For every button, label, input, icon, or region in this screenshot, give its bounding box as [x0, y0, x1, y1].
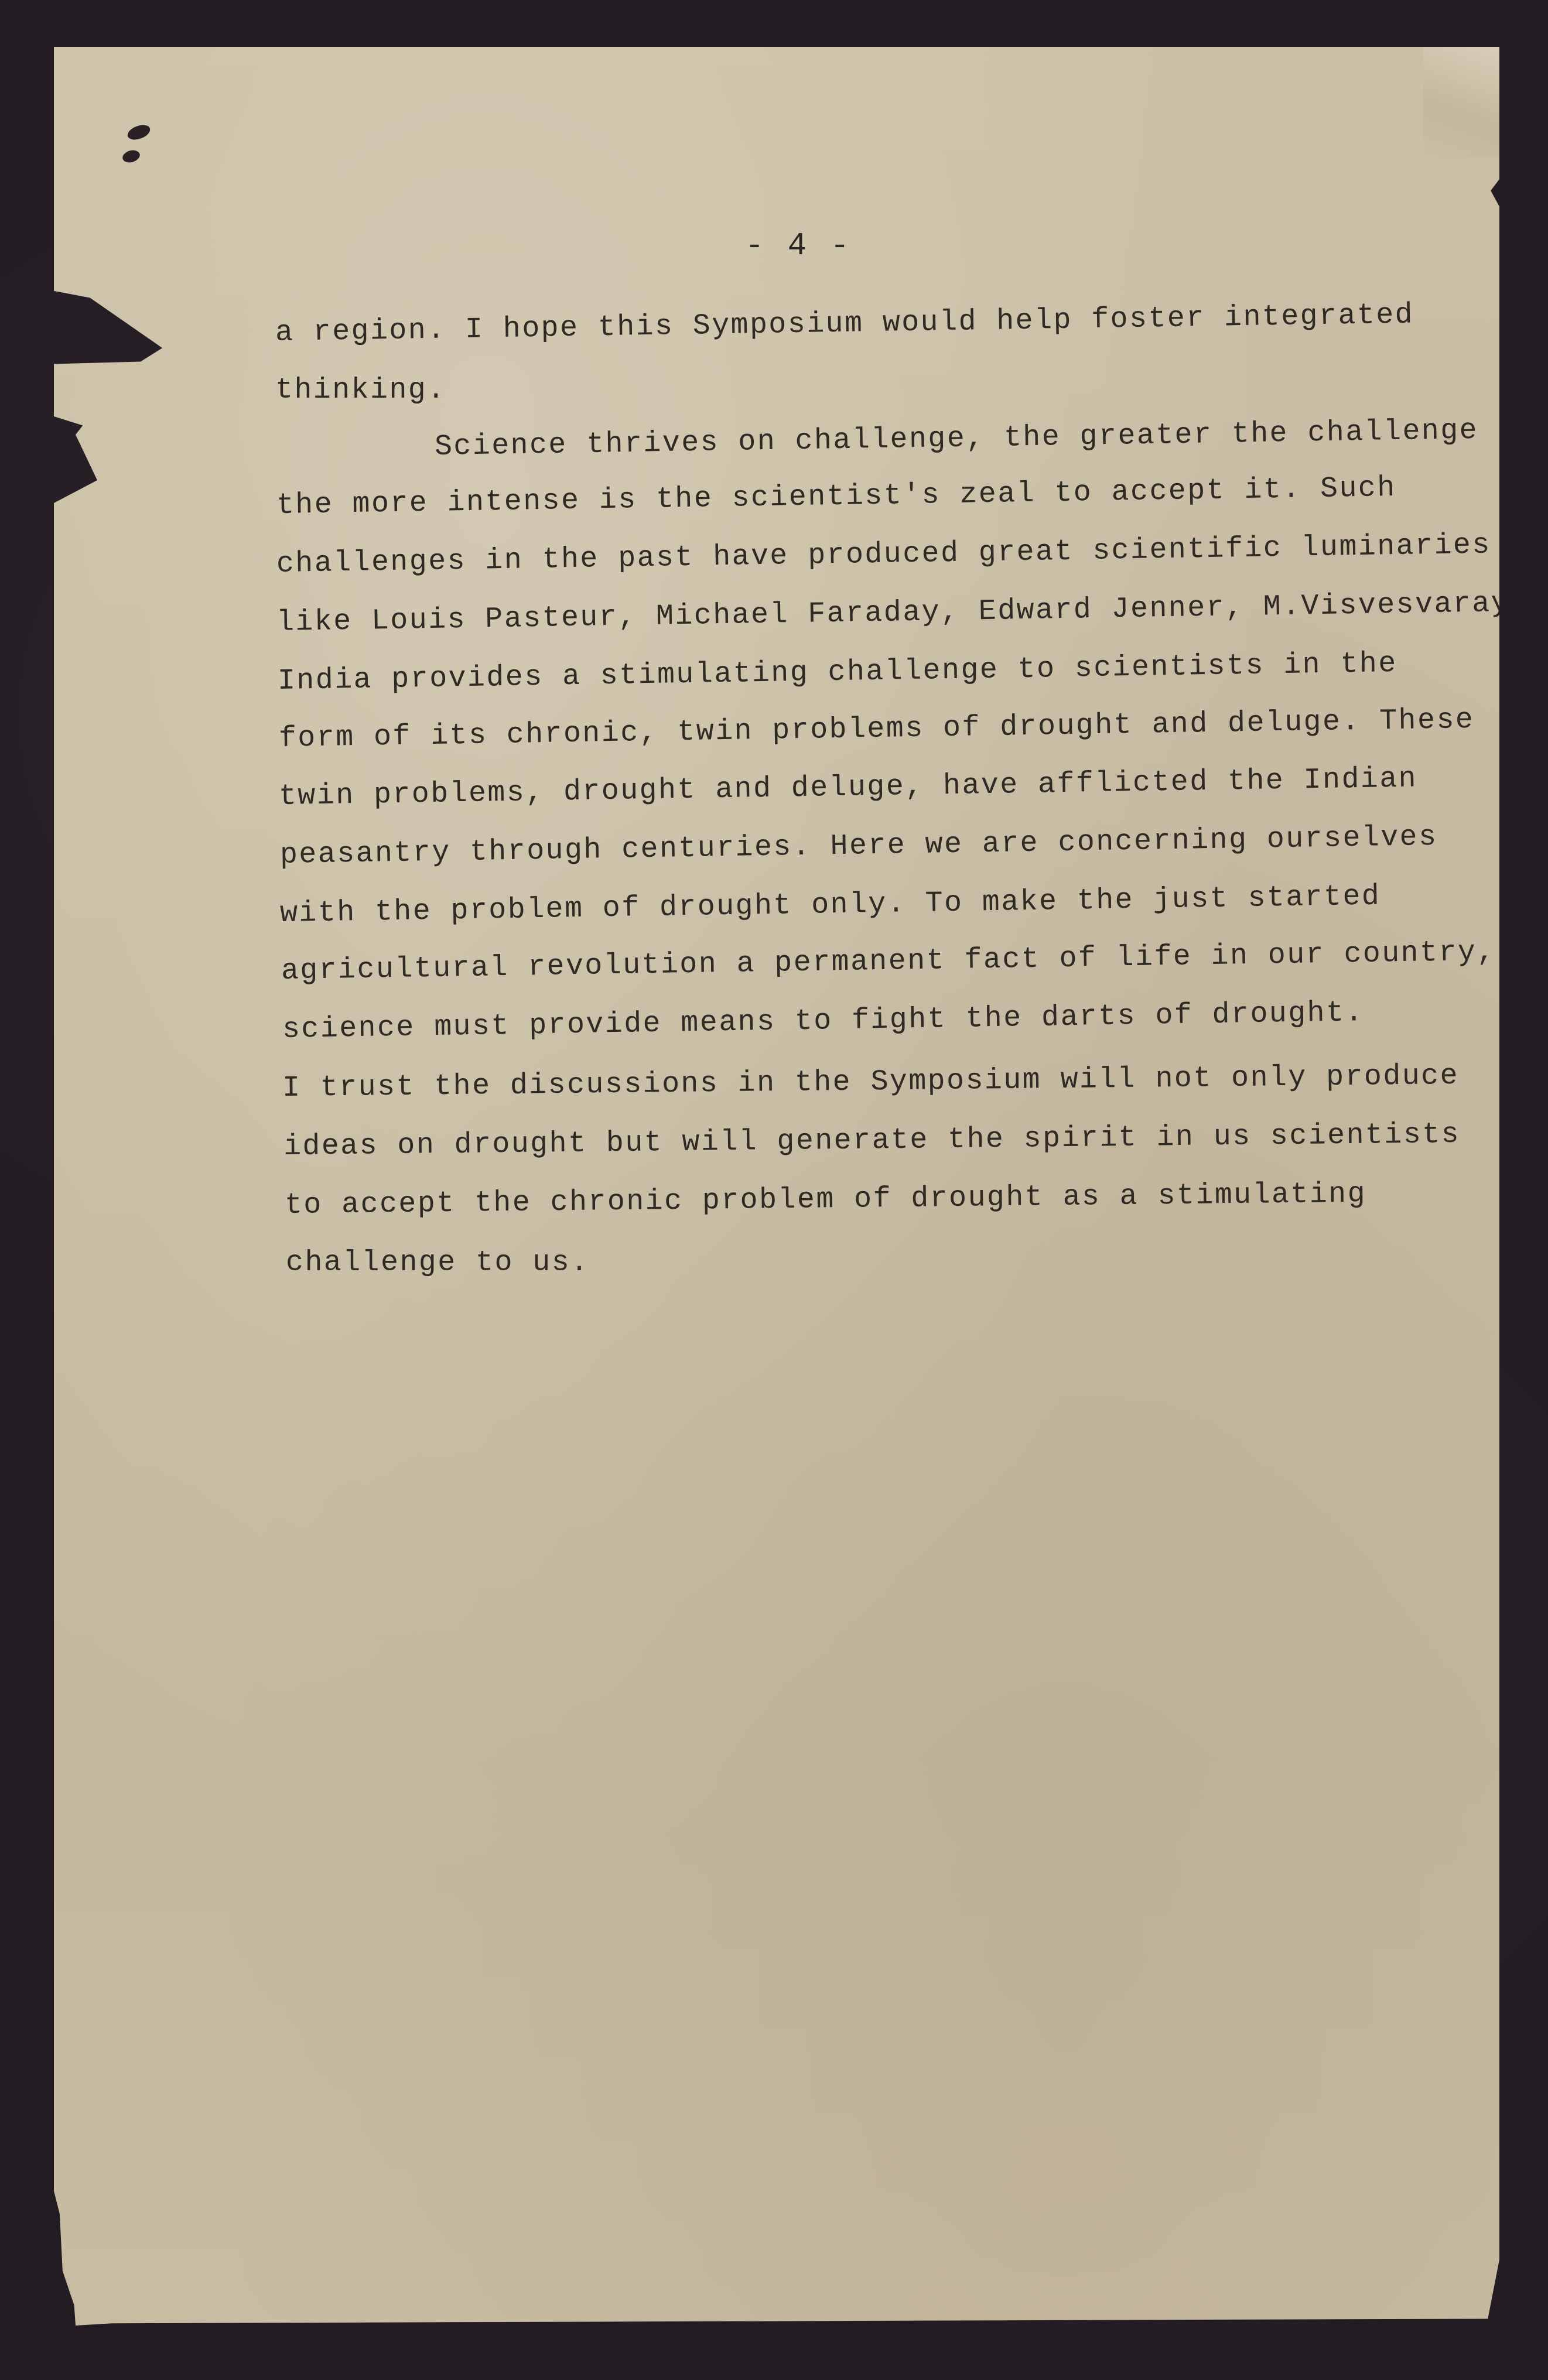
text-line: the more intense is the scientist's zeal… — [276, 471, 1397, 522]
text-line: I trust the discussions in the Symposium… — [282, 1059, 1460, 1105]
page-number: - 4 - — [745, 228, 852, 264]
text-line: Science thrives on challenge, the greate… — [435, 414, 1479, 464]
text-line: thinking. — [275, 374, 446, 407]
text-line: challenge to us. — [286, 1246, 589, 1280]
text-line: challenges in the past have produced gre… — [276, 528, 1492, 581]
text-line: India provides a stimulating challenge t… — [278, 647, 1398, 698]
text-line: to accept the chronic problem of drought… — [285, 1178, 1367, 1222]
text-line: ideas on drought but will generate the s… — [283, 1118, 1461, 1164]
typewritten-page: - 4 - a region. I hope this Symposium wo… — [54, 47, 1499, 2328]
text-line: with the problem of drought only. To mak… — [280, 880, 1381, 931]
text-line: like Louis Pasteur, Michael Faraday, Edw… — [276, 586, 1548, 640]
text-line: twin problems, drought and deluge, have … — [279, 762, 1418, 813]
text-line: agricultural revolution a permanent fact… — [281, 935, 1496, 988]
document-body: - 4 - a region. I hope this Symposium wo… — [54, 47, 1499, 2328]
text-line: peasantry through centuries. Here we are… — [280, 820, 1438, 872]
text-line: science must provide means to fight the … — [282, 996, 1365, 1047]
text-line: a region. I hope this Symposium would he… — [275, 298, 1414, 350]
text-line: form of its chronic, twin problems of dr… — [279, 703, 1475, 755]
